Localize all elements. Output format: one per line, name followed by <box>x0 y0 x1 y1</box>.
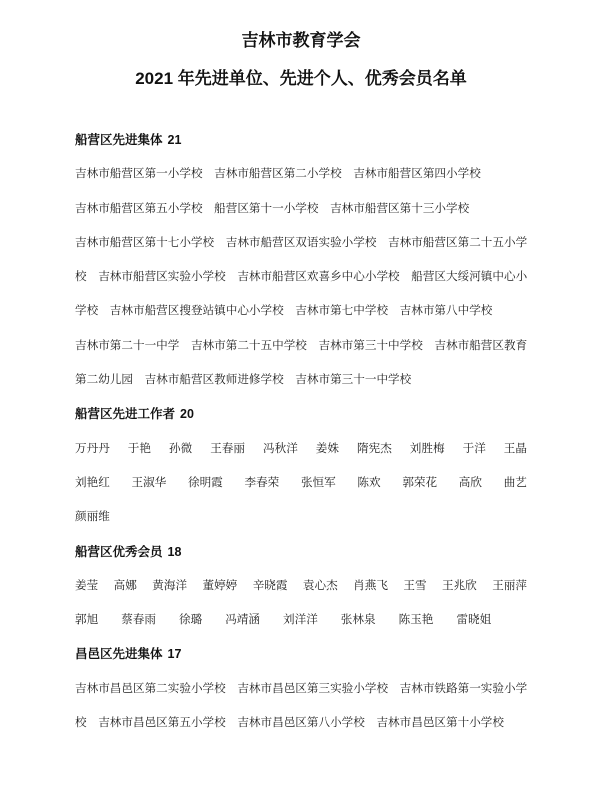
person-name: 张恒军 <box>301 466 336 500</box>
school-list-line: 吉林市第二十一中学 吉林市第二十五中学校 吉林市第三十中学校 吉林市船营区教育 <box>75 329 527 363</box>
person-name: 袁心杰 <box>303 569 338 603</box>
section-heading-count: 21 <box>168 133 182 147</box>
section-heading-label: 船营区优秀会员 <box>75 545 163 559</box>
section-heading-label: 船营区先进工作者 <box>75 407 175 421</box>
person-name: 刘胜梅 <box>410 432 445 466</box>
section-heading-label: 船营区先进集体 <box>75 133 163 147</box>
person-name: 张林泉 <box>341 603 376 637</box>
section-heading: 船营区优秀会员18 <box>75 535 527 569</box>
person-name: 刘洋洋 <box>283 603 318 637</box>
person-name: 徐明霞 <box>188 466 223 500</box>
school-list-line: 吉林市昌邑区第二实验小学校 吉林市昌邑区第三实验小学校 吉林市铁路第一实验小学 <box>75 672 527 706</box>
person-name: 王雪 <box>403 569 426 603</box>
person-name: 王兆欣 <box>442 569 477 603</box>
names-row: 姜莹高娜黄海洋董婷婷辛晓霞袁心杰肖燕飞王雪王兆欣王丽萍 <box>75 569 527 603</box>
school-list-line: 校 吉林市昌邑区第五小学校 吉林市昌邑区第八小学校 吉林市昌邑区第十小学校 <box>75 706 527 740</box>
person-name: 肖燕飞 <box>353 569 388 603</box>
document-subtitle: 2021 年先进单位、先进个人、优秀会员名单 <box>75 66 527 92</box>
document-title: 吉林市教育学会 <box>75 28 527 54</box>
person-name: 颜丽维 <box>75 500 110 534</box>
person-name: 冯靖涵 <box>225 603 260 637</box>
section-3: 船营区优秀会员18姜莹高娜黄海洋董婷婷辛晓霞袁心杰肖燕飞王雪王兆欣王丽萍郭旭蔡春… <box>75 535 527 638</box>
section-heading-count: 17 <box>168 647 182 661</box>
person-name: 雷晓姐 <box>456 603 491 637</box>
school-list-line: 学校 吉林市船营区搜登站镇中心小学校 吉林市第七中学校 吉林市第八中学校 <box>75 294 527 328</box>
names-row: 刘艳红王淑华徐明霞李春荣张恒军陈欢郭荣花高欣曲艺 <box>75 466 527 500</box>
names-row: 颜丽维 <box>75 500 527 534</box>
person-name: 蔡春雨 <box>121 603 156 637</box>
section-1: 船营区先进集体21吉林市船营区第一小学校 吉林市船营区第二小学校 吉林市船营区第… <box>75 123 527 397</box>
section-heading-count: 18 <box>168 545 182 559</box>
school-list-line: 吉林市船营区第五小学校 船营区第十一小学校 吉林市船营区第十三小学校 <box>75 192 527 226</box>
school-list-line: 第二幼儿园 吉林市船营区教师进修学校 吉林市第三十一中学校 <box>75 363 527 397</box>
person-name: 高娜 <box>114 569 137 603</box>
section-2: 船营区先进工作者20万丹丹于艳孙微王春丽冯秋洋姜姝隋宪杰刘胜梅于洋王晶刘艳红王淑… <box>75 397 527 534</box>
person-name: 郭荣花 <box>402 466 437 500</box>
person-name: 隋宪杰 <box>357 432 392 466</box>
section-4: 昌邑区先进集体17吉林市昌邑区第二实验小学校 吉林市昌邑区第三实验小学校 吉林市… <box>75 637 527 740</box>
person-name: 王春丽 <box>210 432 245 466</box>
document-page: 吉林市教育学会 2021 年先进单位、先进个人、优秀会员名单 船营区先进集体21… <box>0 0 600 787</box>
person-name: 王晶 <box>504 432 527 466</box>
section-heading: 昌邑区先进集体17 <box>75 637 527 671</box>
person-name: 王丽萍 <box>492 569 527 603</box>
person-name: 李春荣 <box>244 466 279 500</box>
person-name: 徐璐 <box>179 603 202 637</box>
section-heading: 船营区先进工作者20 <box>75 397 527 431</box>
names-row: 郭旭蔡春雨徐璐冯靖涵刘洋洋张林泉陈玉艳雷晓姐 <box>75 603 527 637</box>
person-name: 高欣 <box>459 466 482 500</box>
person-name: 姜莹 <box>75 569 98 603</box>
school-list-line: 校 吉林市船营区实验小学校 吉林市船营区欢喜乡中心小学校 船营区大绥河镇中心小 <box>75 260 527 294</box>
section-heading-count: 20 <box>180 407 194 421</box>
person-name: 王淑华 <box>131 466 166 500</box>
section-heading: 船营区先进集体21 <box>75 123 527 157</box>
section-heading-label: 昌邑区先进集体 <box>75 647 163 661</box>
person-name: 于洋 <box>463 432 486 466</box>
person-name: 黄海洋 <box>152 569 187 603</box>
person-name: 冯秋洋 <box>263 432 298 466</box>
person-name: 郭旭 <box>75 603 98 637</box>
person-name: 曲艺 <box>504 466 527 500</box>
person-name: 辛晓霞 <box>253 569 288 603</box>
person-name: 陈玉艳 <box>399 603 434 637</box>
person-name: 陈欢 <box>357 466 380 500</box>
school-list-line: 吉林市船营区第十七小学校 吉林市船营区双语实验小学校 吉林市船营区第二十五小学 <box>75 226 527 260</box>
names-row: 万丹丹于艳孙微王春丽冯秋洋姜姝隋宪杰刘胜梅于洋王晶 <box>75 432 527 466</box>
person-name: 姜姝 <box>316 432 339 466</box>
school-list-line: 吉林市船营区第一小学校 吉林市船营区第二小学校 吉林市船营区第四小学校 <box>75 157 527 191</box>
person-name: 万丹丹 <box>75 432 110 466</box>
person-name: 刘艳红 <box>75 466 110 500</box>
person-name: 于艳 <box>128 432 151 466</box>
person-name: 董婷婷 <box>202 569 237 603</box>
sections-container: 船营区先进集体21吉林市船营区第一小学校 吉林市船营区第二小学校 吉林市船营区第… <box>75 123 527 740</box>
person-name: 孙微 <box>169 432 192 466</box>
